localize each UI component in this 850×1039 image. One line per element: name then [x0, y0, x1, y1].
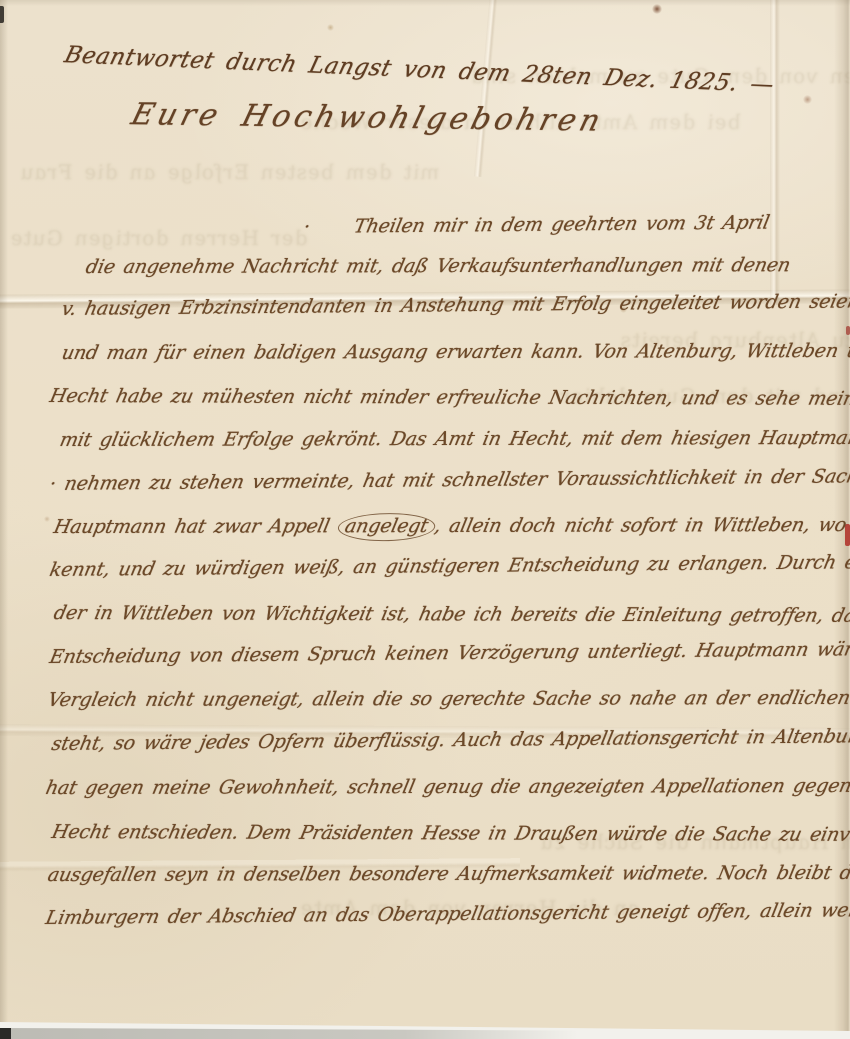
letter-scan: und die Herren von dem Gute zu melden si… — [0, 0, 850, 1039]
scan-corner-mark — [0, 6, 4, 23]
letter-line: Hecht entschieden. Dem Präsidenten Hesse… — [50, 823, 850, 845]
letter-line: und man für einen baldigen Ausgang erwar… — [60, 342, 850, 363]
scan-corner-mark — [0, 1028, 11, 1039]
ghost-text-line: der Herren dortigen Gute — [8, 228, 310, 248]
paper-edge-shadow — [0, 0, 850, 6]
ink-stain — [652, 4, 662, 14]
paper-edge-shadow — [0, 0, 8, 1032]
foxing-spot — [44, 516, 50, 522]
letter-salutation: Eure Hochwohlgebohren — [128, 100, 607, 137]
foxing-spot — [803, 95, 812, 104]
letter-line: die angenehme Nachricht mit, daß Verkauf… — [84, 256, 792, 277]
line-segment: Hauptmann hat zwar Appell — [52, 515, 341, 538]
letter-line: Hauptmann hat zwar Appell angelegt, alle… — [52, 516, 850, 537]
underlying-page-edge — [0, 1028, 578, 1039]
letter-line: Hecht habe zu mühesten nicht minder erfr… — [48, 387, 850, 409]
ghost-text-line: mit dem besten Erfolge an die Frau — [18, 162, 442, 182]
foxing-spot — [327, 24, 334, 31]
letter-line: · Theilen mir in dem geehrten vom 3t Apr… — [302, 214, 771, 237]
letter-line: mit glücklichem Erfolge gekrönt. Das Amt… — [58, 429, 850, 450]
letter-page: und die Herren von dem Gute zu melden si… — [0, 0, 850, 1032]
letter-line: Vergleich nicht ungeneigt, allein die so… — [46, 689, 850, 710]
line-segment: , allein doch nicht sofort in Wittleben,… — [433, 514, 850, 537]
wax-seal-remnant — [846, 326, 850, 335]
letter-line: ausgefallen seyn in denselben besondere … — [46, 864, 850, 885]
circled-word: angelegt — [335, 513, 437, 541]
letter-line: der in Wittleben von Wichtigkeit ist, ha… — [52, 604, 850, 626]
letter-line: hat gegen meine Gewohnheit, schnell genu… — [44, 776, 850, 798]
